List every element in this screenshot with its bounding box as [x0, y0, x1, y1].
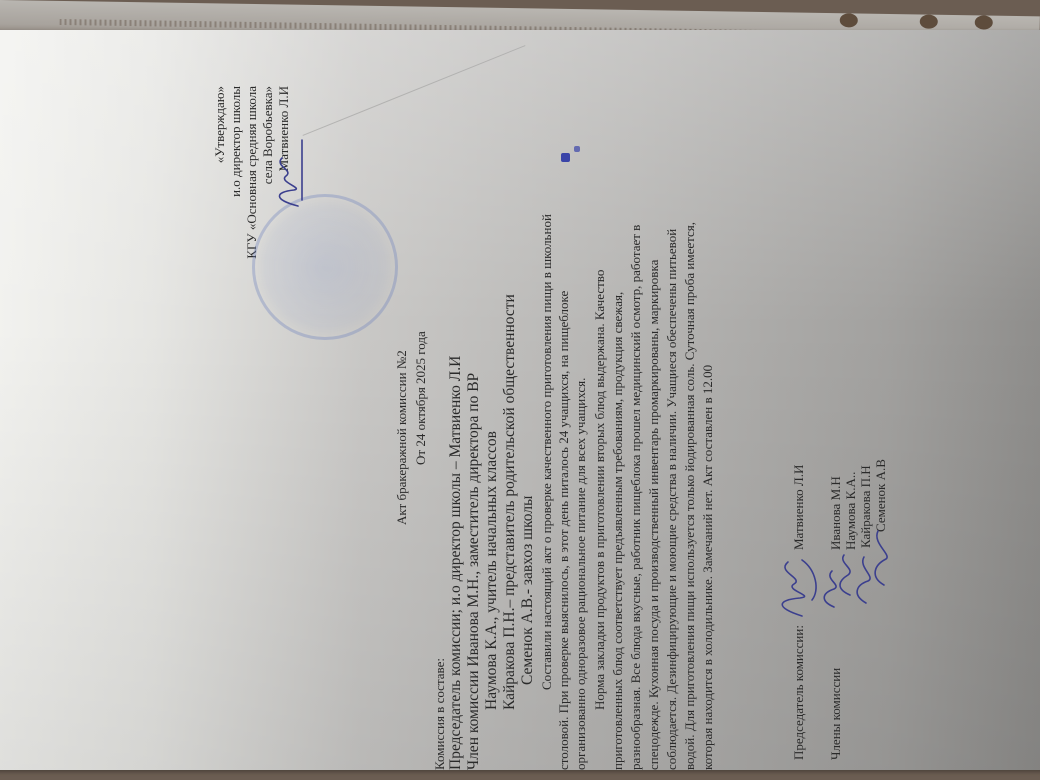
commission-member: Наумова К.А., учитель начальных классов: [484, 431, 500, 710]
body-line: Норма закладки продуктов в приготовлении…: [593, 270, 606, 710]
approval-line: «Утверждаю»: [212, 86, 228, 259]
act-date: От 24 октября 2025 года: [414, 331, 427, 465]
approval-line: КГУ «Основная средняя школа: [244, 86, 260, 259]
commission-member: Кайракова П.Н.– представитель родительск…: [502, 294, 518, 710]
member-name: Семенок А.В: [874, 459, 887, 532]
rotated-document: «Утверждаю» и.о директор школы КГУ «Осно…: [212, 10, 1040, 770]
commission-member: Член комиссии Иванова М.Н., заместитель …: [466, 373, 482, 770]
members-signatures: [812, 525, 902, 615]
body-line: разнообразная. Все блюда вкусные, работн…: [629, 225, 642, 770]
body-line: столовой. При проверке выяснилось, в это…: [557, 291, 570, 770]
body-line: приготовленных блюд соответствует предъя…: [611, 292, 624, 770]
director-signature: [268, 130, 308, 210]
school-stamp: [252, 194, 398, 340]
commission-member: Семенок А.В.- завхоз школы: [520, 496, 536, 685]
body-line: организованно одноразовое рациональное п…: [574, 378, 587, 770]
act-title: Акт бракеражной комиссии №2: [395, 350, 408, 525]
body-line: которая находится в холодильнике. Замеча…: [701, 365, 714, 770]
chair-signature-name: Матвиенко Л.И: [792, 465, 805, 550]
approval-line: и.о директор школы: [228, 86, 244, 259]
body-line: спецодежде. Кухонная посуда и производст…: [647, 260, 660, 770]
commission-chair: Председатель комиссии; и.о директор школ…: [448, 356, 464, 770]
members-signature-label: Члены комиссии: [829, 668, 842, 760]
body-line: водой. Для приготовления пищи использует…: [683, 222, 696, 770]
body-line: Составили настоящий акт о проверке качес…: [540, 214, 553, 690]
body-line: соблюдается. Дезинфицирующие и моющие ср…: [665, 229, 678, 770]
chair-signature-label: Председатель комиссии:: [792, 625, 805, 760]
commission-intro: Комиссия в составе:: [433, 658, 446, 770]
